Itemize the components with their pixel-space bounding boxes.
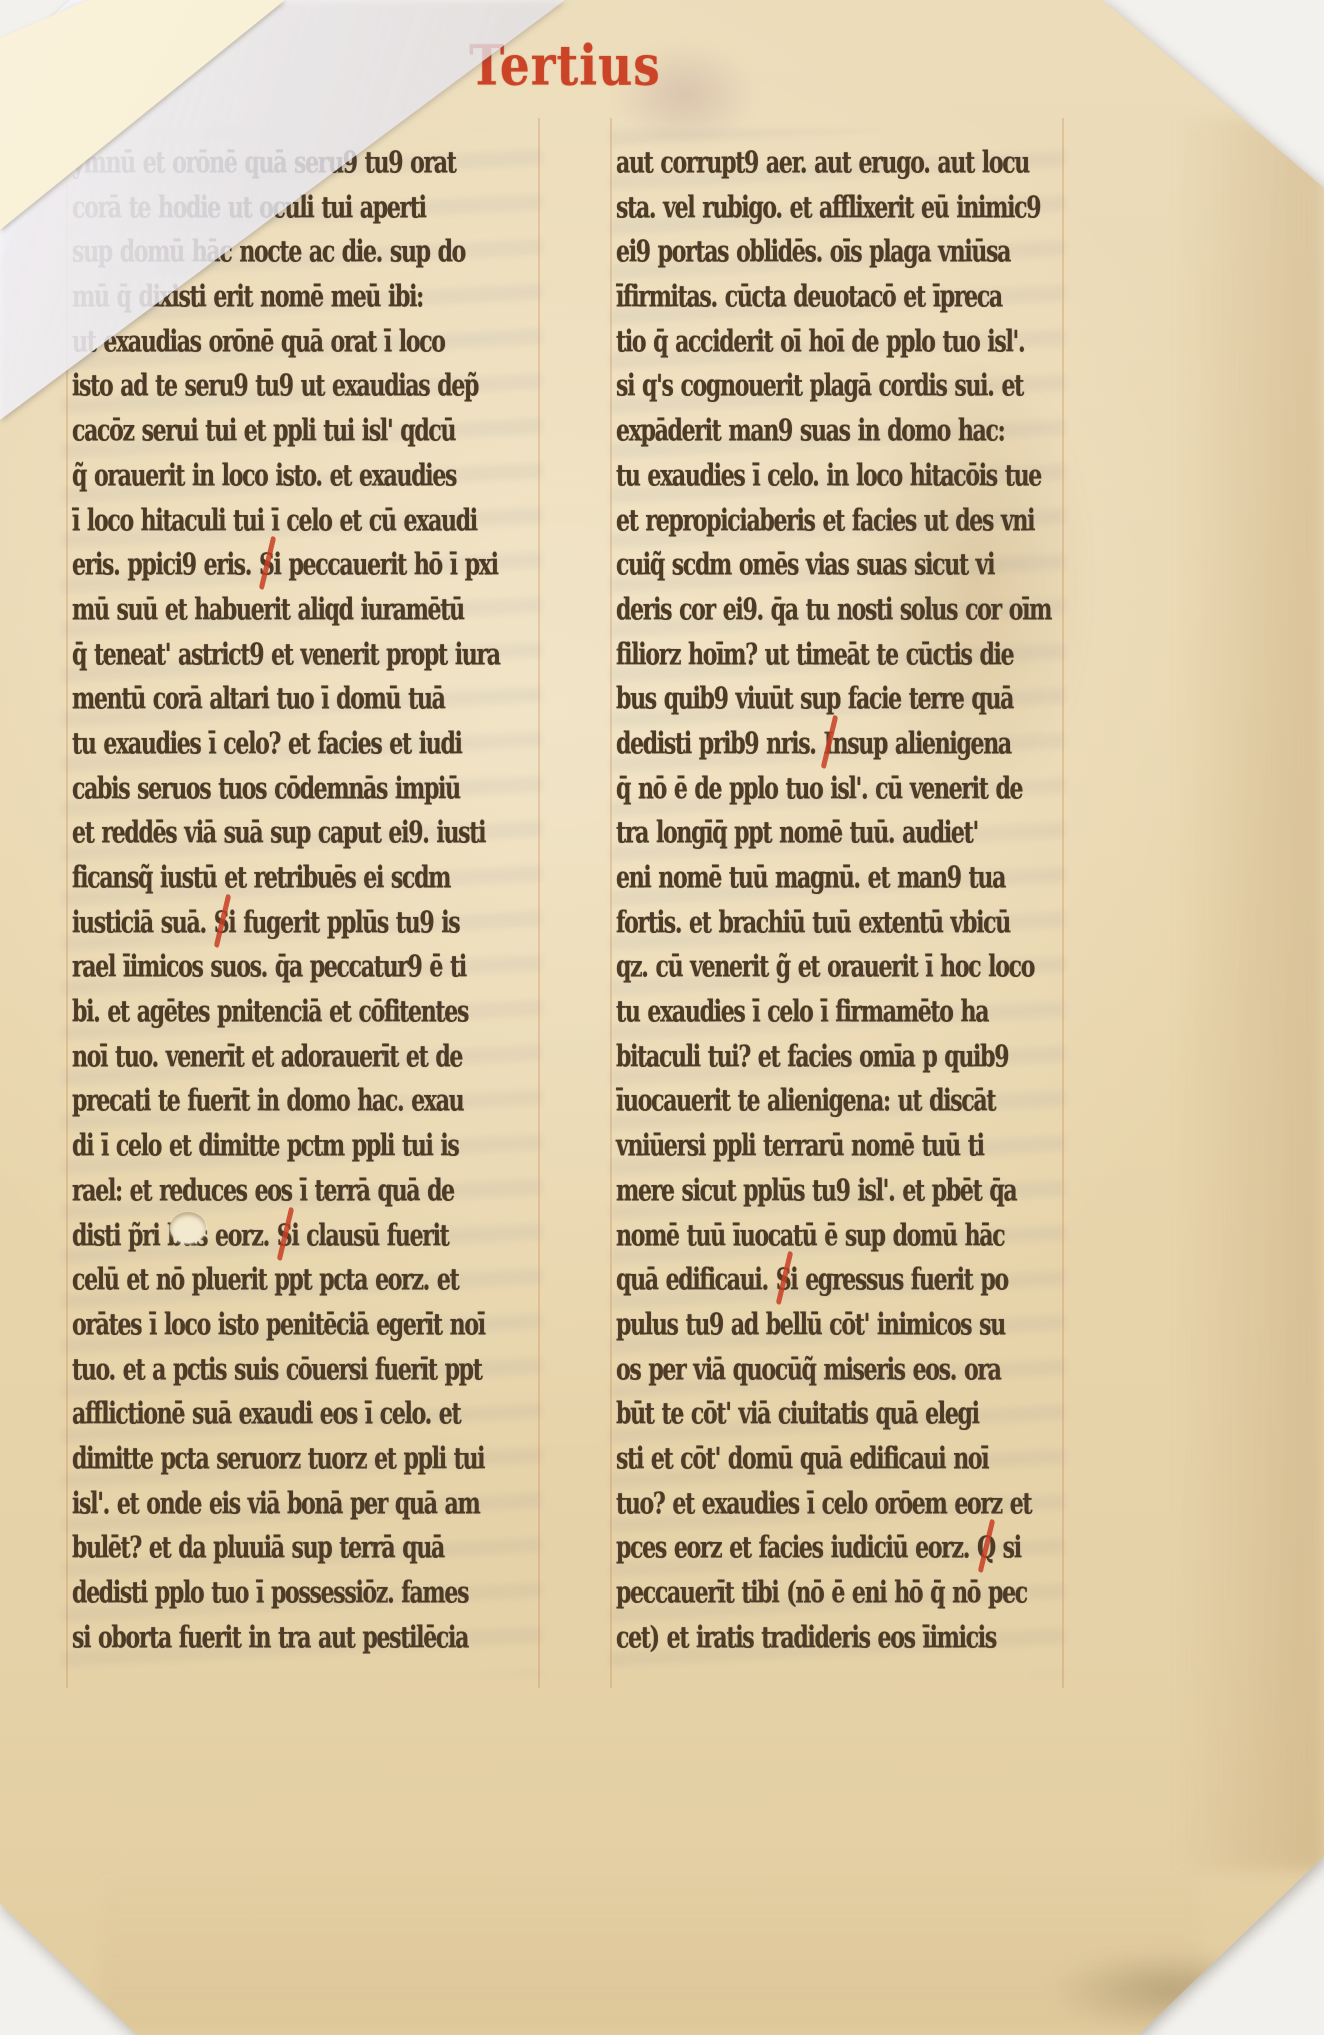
rubricated-initial: S [214, 900, 229, 946]
rubricated-initial: Q [977, 1525, 995, 1571]
text-column-left: ymnū et orōnē quā seru9 tu9 oratcorā te … [72, 140, 540, 1659]
rubricated-initial: S [776, 1257, 791, 1303]
rubricated-initial: S [277, 1213, 292, 1259]
rubricated-initial: S [259, 542, 274, 588]
text-line: cet) et iratis tradideris eos īimicis [616, 1615, 1066, 1675]
rubricated-initial: I [824, 721, 833, 767]
ruling-line [610, 118, 612, 1688]
running-title: Tertius [420, 34, 710, 99]
parchment-hole [170, 1212, 206, 1243]
stain-right-edge [1174, 120, 1324, 1870]
text-column-right: aut corrupt9 aer. aut erugo. aut locusta… [616, 140, 1066, 1659]
stain-bottom-right [1050, 1950, 1290, 2030]
manuscript-leaf-shadow: Tertius ymnū et orōnē quā seru9 tu9 orat… [0, 0, 1324, 2035]
ruling-line [66, 118, 68, 1688]
text-line: si oborta fuerit in tra aut pestilēcia [72, 1615, 540, 1675]
photo-background: Tertius ymnū et orōnē quā seru9 tu9 orat… [0, 0, 1324, 2035]
manuscript-leaf: Tertius ymnū et orōnē quā seru9 tu9 orat… [0, 0, 1324, 2035]
stain-bottom-edge [100, 1870, 1200, 2030]
